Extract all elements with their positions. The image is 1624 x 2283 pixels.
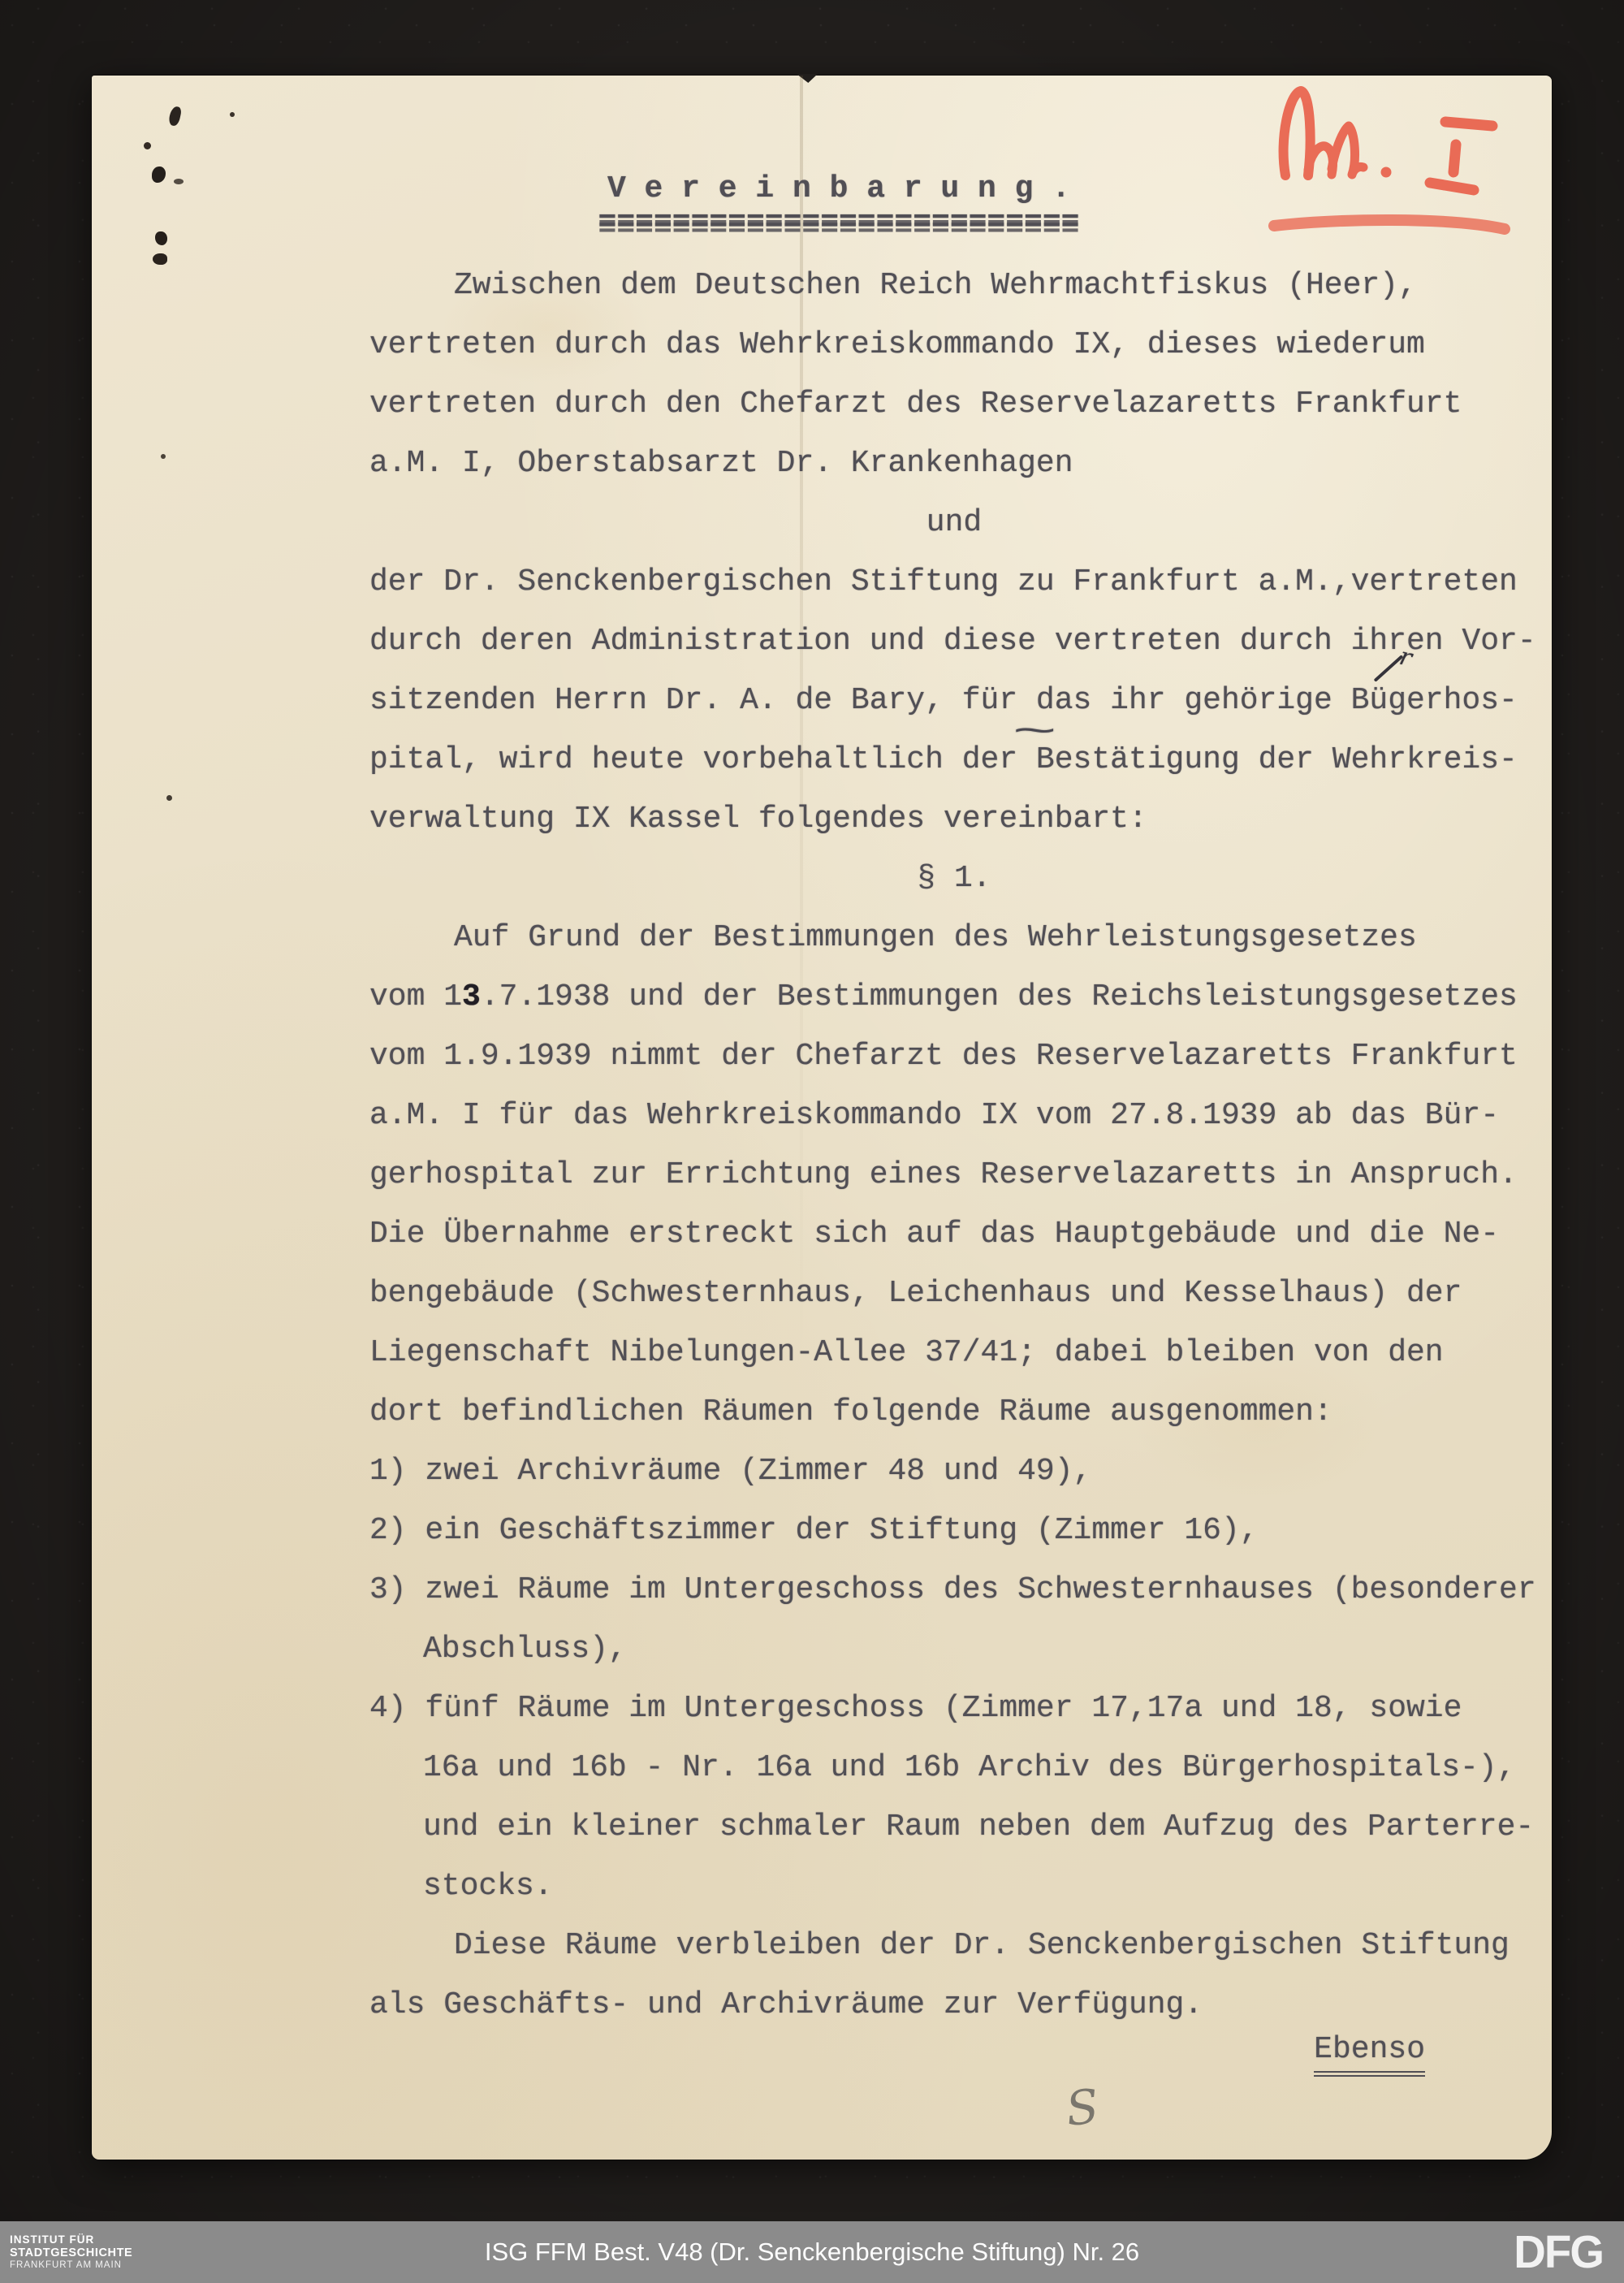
document-title-underline: ==========================	[482, 205, 1196, 240]
paper-damage-mark	[230, 112, 235, 117]
archive-reference-label: ISG FFM Best. V48 (Dr. Senckenbergische …	[485, 2238, 1139, 2267]
document-line: 2) ein Geschäftszimmer der Stiftung (Zim…	[369, 1501, 1539, 1560]
document-line: Abschluss),	[369, 1619, 1539, 1679]
document-line: verwaltung IX Kassel folgendes vereinbar…	[369, 789, 1539, 849]
document-line: § 1.	[369, 849, 1539, 908]
paper-damage-mark	[153, 253, 167, 265]
document-line: Die Übernahme erstreckt sich auf das Hau…	[369, 1204, 1539, 1264]
document-line: 16a und 16b - Nr. 16a und 16b Archiv des…	[369, 1738, 1539, 1797]
institute-logo: INSTITUT FÜR STADTGESCHICHTE FRANKFURT A…	[10, 2233, 132, 2271]
document-line: pital, wird heute vorbehaltlich der Best…	[369, 730, 1539, 789]
document-line: Ebenso	[369, 2020, 1539, 2079]
document-line: vom 1.9.1939 nimmt der Chefarzt des Rese…	[369, 1027, 1539, 1086]
document-line: a.M. I für das Wehrkreiskommando IX vom …	[369, 1086, 1539, 1145]
paper-damage-mark	[168, 106, 183, 127]
document-line: vertreten durch den Chefarzt des Reserve…	[369, 374, 1539, 434]
document-line: a.M. I, Oberstabsarzt Dr. Krankenhagen	[369, 434, 1539, 493]
paper-damage-mark	[166, 795, 172, 801]
document-line: vom 13.7.1938 und der Bestimmungen des R…	[369, 967, 1539, 1027]
document-line: Diese Räume verbleiben der Dr. Senckenbe…	[369, 1916, 1539, 1975]
paper-damage-mark	[152, 166, 166, 183]
paper-edge-notch	[797, 74, 818, 83]
document-line: sitzenden Herrn Dr. A. de Bary, für das …	[369, 671, 1539, 730]
document-line: 4) fünf Räume im Untergeschoss (Zimmer 1…	[369, 1679, 1539, 1738]
document-paper: V e r e i n b a r u n g . ==============…	[92, 76, 1552, 2160]
document-line: durch deren Administration und diese ver…	[369, 612, 1539, 671]
document-line: und	[369, 493, 1539, 552]
document-line: gerhospital zur Errichtung eines Reserve…	[369, 1145, 1539, 1204]
document-line: Auf Grund der Bestimmungen des Wehrleist…	[369, 908, 1539, 967]
paper-damage-mark	[155, 231, 167, 245]
institute-logo-line2: STADTGESCHICHTE	[10, 2246, 132, 2259]
document-line: bengebäude (Schwesternhaus, Leichenhaus …	[369, 1264, 1539, 1323]
document-line: und ein kleiner schmaler Raum neben dem …	[369, 1797, 1539, 1857]
institute-logo-line3: FRANKFURT AM MAIN	[10, 2259, 132, 2271]
document-title: V e r e i n b a r u n g .	[482, 171, 1196, 206]
paper-damage-mark	[174, 179, 184, 184]
document-body: Zwischen dem Deutschen Reich Wehrmachtfi…	[369, 256, 1539, 2079]
document-line: Zwischen dem Deutschen Reich Wehrmachtfi…	[369, 256, 1539, 315]
red-handwriting-anl-1	[1263, 80, 1522, 242]
document-line: vertreten durch das Wehrkreiskommando IX…	[369, 315, 1539, 374]
document-line: 1) zwei Archivräume (Zimmer 48 und 49),	[369, 1442, 1539, 1501]
dfg-logo: DFG	[1514, 2225, 1603, 2279]
pencil-mark-s: S	[1064, 2078, 1102, 2137]
institute-logo-line1: INSTITUT FÜR	[10, 2233, 132, 2246]
paper-damage-mark	[144, 142, 151, 149]
handwritten-insert-mark: r	[1372, 643, 1429, 692]
document-line: stocks.	[369, 1857, 1539, 1916]
document-line: der Dr. Senckenbergischen Stiftung zu Fr…	[369, 552, 1539, 612]
footer-bar: INSTITUT FÜR STADTGESCHICHTE FRANKFURT A…	[0, 2221, 1624, 2283]
paper-damage-mark	[161, 454, 166, 459]
document-line: dort befindlichen Räumen folgende Räume …	[369, 1382, 1539, 1442]
handwritten-tilde-mark: ~	[1012, 704, 1056, 763]
scan-page: { "page": { "background_color": "#211e1c…	[0, 0, 1624, 2283]
document-line: Liegenschaft Nibelungen-Allee 37/41; dab…	[369, 1323, 1539, 1382]
document-line: 3) zwei Räume im Untergeschoss des Schwe…	[369, 1560, 1539, 1619]
